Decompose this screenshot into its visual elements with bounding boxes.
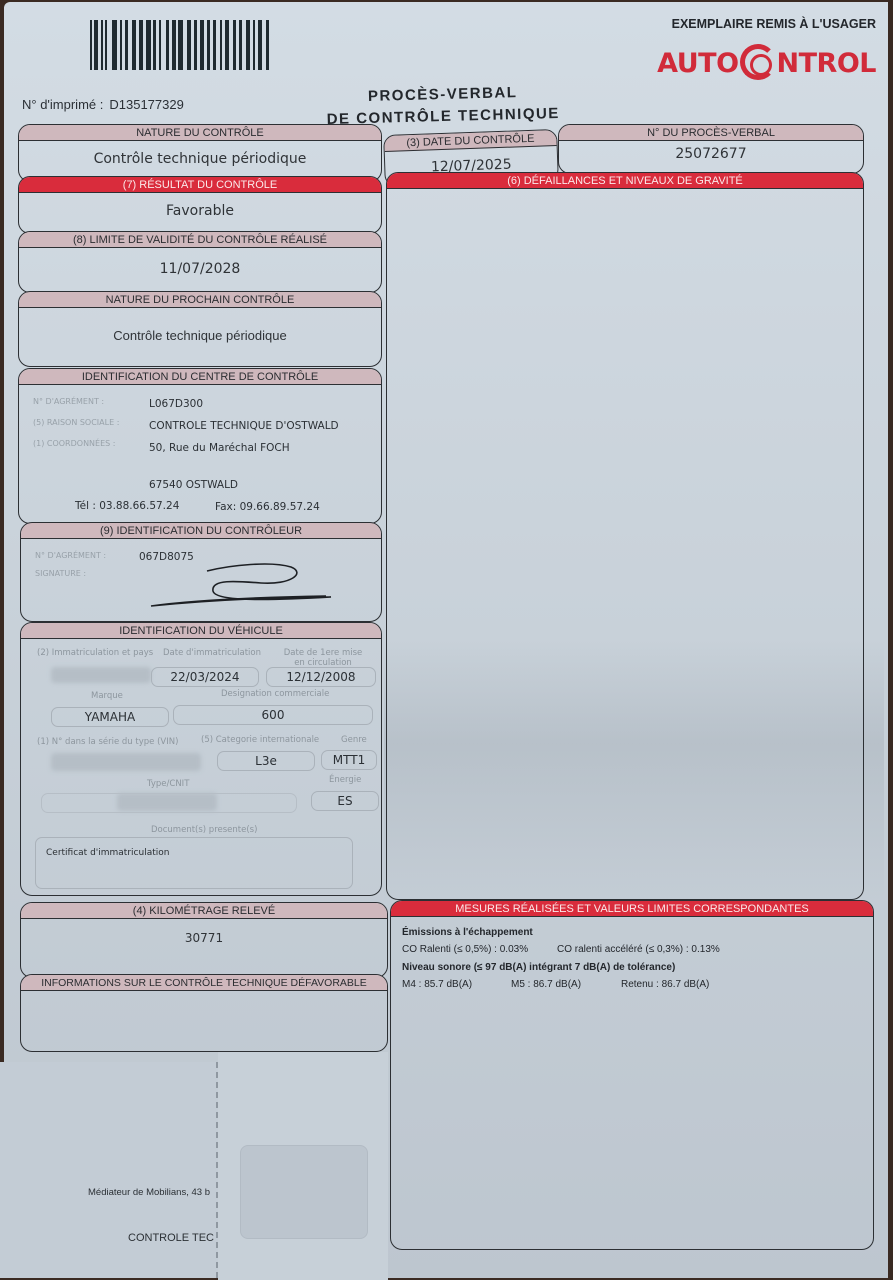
- prochain-controle-box: NATURE DU PROCHAIN CONTRÔLE Contrôle tec…: [18, 291, 382, 367]
- nature-controle-label: NATURE DU CONTRÔLE: [19, 125, 381, 141]
- documents-presentes: Certificat d'immatriculation: [35, 837, 353, 889]
- retenu-value: Retenu : 86.7 dB(A): [621, 979, 709, 990]
- emissions-title: Émissions à l'échappement: [402, 927, 533, 938]
- prochain-controle-label: NATURE DU PROCHAIN CONTRÔLE: [19, 292, 381, 308]
- printed-number: N° d'imprimé :D135177329: [22, 97, 184, 112]
- date-immatriculation: 22/03/2024: [151, 667, 259, 687]
- envelope-window: [240, 1145, 368, 1239]
- resultat-label: (7) RÉSULTAT DU CONTRÔLE: [19, 177, 381, 193]
- nature-controle-value: Contrôle technique périodique: [19, 151, 381, 167]
- numero-pv-box: N° DU PROCÈS-VERBAL 25072677: [558, 124, 864, 174]
- defavorable-label: INFORMATIONS SUR LE CONTRÔLE TECHNIQUE D…: [21, 975, 387, 991]
- resultat-value: Favorable: [19, 203, 381, 219]
- niveau-sonore-title: Niveau sonore (≤ 97 dB(A) intégrant 7 dB…: [402, 962, 675, 973]
- centre-raison-sociale: CONTROLE TECHNIQUE D'OSTWALD: [149, 420, 339, 432]
- vehicule-box: IDENTIFICATION DU VÉHICULE (2) Immatricu…: [20, 622, 382, 896]
- co-ralenti-accelere: CO ralenti accéléré (≤ 0,3%) : 0.13%: [557, 944, 720, 955]
- centre-address-line1: 50, Rue du Maréchal FOCH: [149, 442, 290, 454]
- printed-number-value: D135177329: [109, 97, 183, 112]
- centre-agrement: L067D300: [149, 398, 203, 410]
- co-ralenti: CO Ralenti (≤ 0,5%) : 0.03%: [402, 944, 528, 955]
- kilometrage-label: (4) KILOMÉTRAGE RELEVÉ: [21, 903, 387, 919]
- categorie-internationale: L3e: [217, 751, 315, 771]
- date-controle-label: (3) DATE DU CONTRÔLE: [384, 130, 556, 152]
- vehicule-label: IDENTIFICATION DU VÉHICULE: [21, 623, 381, 639]
- date-premiere-circulation: 12/12/2008: [266, 667, 376, 687]
- controleur-label: (9) IDENTIFICATION DU CONTRÔLEUR: [21, 523, 381, 539]
- defaillances-box: (6) DÉFAILLANCES ET NIVEAUX DE GRAVITÉ: [386, 172, 864, 900]
- defaillances-label: (6) DÉFAILLANCES ET NIVEAUX DE GRAVITÉ: [387, 173, 863, 189]
- centre-tel: Tél : 03.88.66.57.24: [75, 500, 179, 512]
- resultat-box: (7) RÉSULTAT DU CONTRÔLE Favorable: [18, 176, 382, 234]
- mesures-box: MESURES RÉALISÉES ET VALEURS LIMITES COR…: [390, 900, 874, 1250]
- centre-label: IDENTIFICATION DU CENTRE DE CONTRÔLE: [19, 369, 381, 385]
- marque: YAMAHA: [51, 707, 169, 727]
- redacted-vin: [51, 753, 201, 771]
- redacted-immatriculation: [51, 667, 151, 683]
- numero-pv-value: 25072677: [559, 146, 863, 162]
- centre-fax: Fax: 09.66.89.57.24: [215, 501, 320, 513]
- controleur-box: (9) IDENTIFICATION DU CONTRÔLEUR N° D'AG…: [20, 522, 382, 622]
- tear-off-stub: [0, 1062, 218, 1278]
- numero-pv-label: N° DU PROCÈS-VERBAL: [559, 125, 863, 141]
- limite-validite-box: (8) LIMITE DE VALIDITÉ DU CONTRÔLE RÉALI…: [18, 231, 382, 293]
- genre: MTT1: [321, 750, 377, 770]
- barcode-icon: [90, 20, 273, 72]
- prochain-controle-value: Contrôle technique périodique: [19, 328, 381, 343]
- designation-commerciale: 600: [173, 705, 373, 725]
- m5-value: M5 : 86.7 dB(A): [511, 979, 581, 990]
- m4-value: M4 : 85.7 dB(A): [402, 979, 472, 990]
- autocontrol-logo: AUTONTROL: [657, 44, 876, 80]
- nature-controle-box: NATURE DU CONTRÔLE Contrôle technique pé…: [18, 124, 382, 182]
- defavorable-box: INFORMATIONS SUR LE CONTRÔLE TECHNIQUE D…: [20, 974, 388, 1052]
- mesures-label: MESURES RÉALISÉES ET VALEURS LIMITES COR…: [391, 901, 873, 917]
- mediateur-text: Médiateur de Mobilians, 43 b: [88, 1187, 210, 1198]
- limite-validite-value: 11/07/2028: [19, 261, 381, 277]
- centre-address-line2: 67540 OSTWALD: [149, 479, 238, 491]
- energie: ES: [311, 791, 379, 811]
- limite-validite-label: (8) LIMITE DE VALIDITÉ DU CONTRÔLE RÉALI…: [19, 232, 381, 248]
- controle-footer-text: CONTROLE TEC: [128, 1232, 214, 1244]
- logo-c-icon: [740, 44, 776, 80]
- kilometrage-box: (4) KILOMÉTRAGE RELEVÉ 30771: [20, 902, 388, 978]
- kilometrage-value: 30771: [21, 931, 387, 945]
- copy-notice: EXEMPLAIRE REMIS À L'USAGER: [672, 17, 876, 31]
- centre-box: IDENTIFICATION DU CENTRE DE CONTRÔLE N° …: [18, 368, 382, 524]
- signature-icon: [141, 551, 341, 613]
